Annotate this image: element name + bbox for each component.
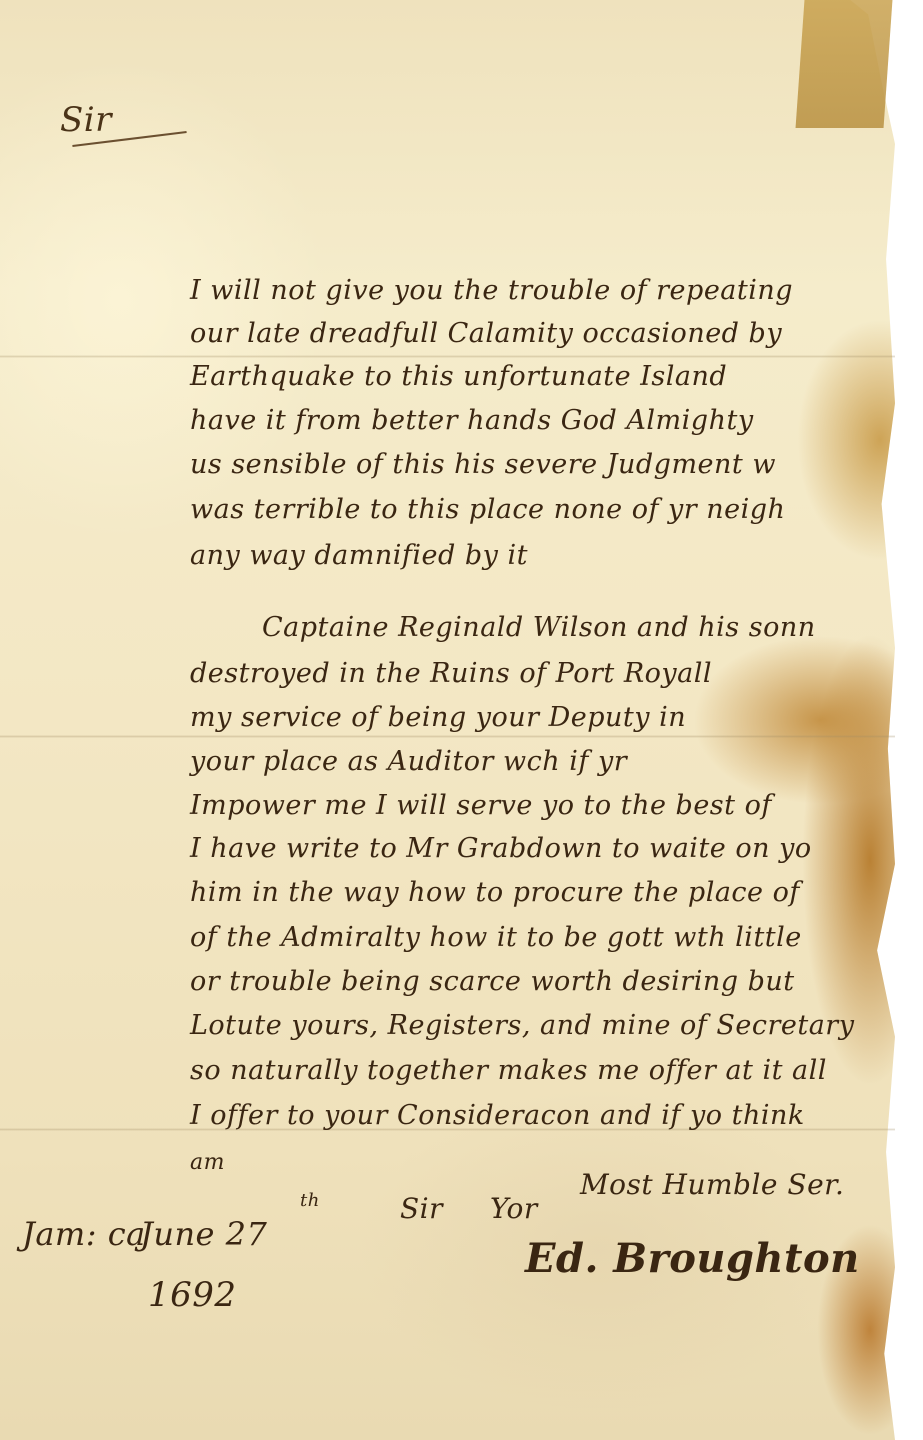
text-line: Impower me I will serve yo to the best o… [190, 790, 772, 821]
closing-am: am [190, 1150, 225, 1175]
text-line: your place as Auditor wch if yr [190, 746, 627, 777]
text-line: my service of being your Deputy in [190, 702, 686, 733]
text-line: any way damnified by it [190, 540, 528, 571]
text-line: Captaine Reginald Wilson and his sonn [262, 612, 816, 643]
tape-patch [796, 0, 893, 128]
closing-yours: Yor [490, 1192, 538, 1225]
date-month-day: June 27 [140, 1215, 267, 1253]
text-line: of the Admiralty how it to be gott wth l… [190, 922, 802, 953]
salutation: Sir [60, 100, 112, 140]
date-day-suffix: th [300, 1190, 320, 1211]
fold-crease [0, 735, 895, 738]
text-line: Earthquake to this unfortunate Island [190, 361, 727, 392]
text-line: or trouble being scarce worth desiring b… [190, 966, 795, 997]
signature: Ed. Broughton [525, 1235, 860, 1282]
closing-phrase: Most Humble Ser. [580, 1168, 844, 1201]
text-line: Lotute yours, Registers, and mine of Sec… [190, 1010, 854, 1041]
text-line: I offer to your Consideracon and if yo t… [190, 1100, 805, 1131]
fold-crease [0, 355, 895, 358]
text-line: us sensible of this his severe Judgment … [190, 449, 776, 480]
text-line: him in the way how to procure the place … [190, 877, 800, 908]
text-line: have it from better hands God Almighty [190, 405, 754, 436]
text-line: destroyed in the Ruins of Port Royall [190, 658, 712, 689]
text-line: I will not give you the trouble of repea… [190, 275, 793, 306]
closing-sir: Sir [400, 1192, 443, 1225]
text-line: our late dreadfull Calamity occasioned b… [190, 318, 782, 349]
date-year: 1692 [148, 1275, 237, 1315]
text-line: was terrible to this place none of yr ne… [190, 494, 785, 525]
text-line: so naturally together makes me offer at … [190, 1055, 827, 1086]
text-line: I have write to Mr Grabdown to waite on … [190, 833, 812, 864]
date-place: Jam: ca [22, 1215, 146, 1253]
